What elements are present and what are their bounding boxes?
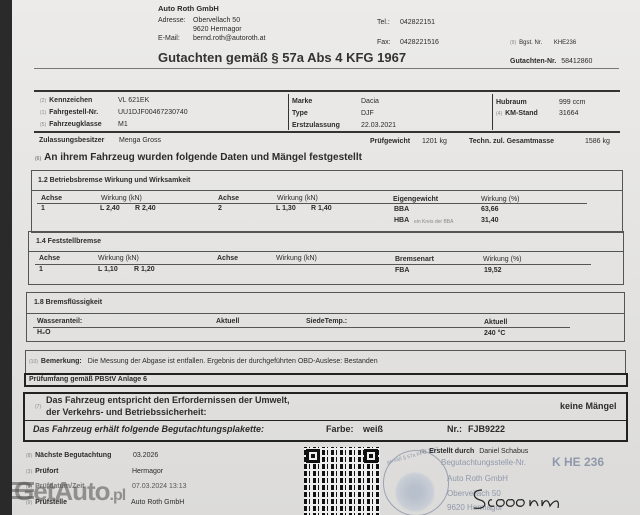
signature <box>468 484 588 514</box>
verdict-line2: der Verkehrs- und Betriebssicherheit: <box>46 407 207 417</box>
pb-header-rule <box>35 264 591 265</box>
place-index: (3) <box>26 469 32 475</box>
class-label: Fahrzeugklasse <box>49 121 102 128</box>
email-label: E-Mail: <box>158 35 180 42</box>
address-line1: Obervellach 50 <box>193 17 240 24</box>
stamp-company: Auto Roth GmbH <box>447 474 508 483</box>
watermark-logo: GetAuto.pl <box>14 476 125 507</box>
vehicle-col-divider-2 <box>492 94 493 130</box>
vin-label: Fahrgestell-Nr. <box>49 109 98 116</box>
sb-axle1: 1 <box>41 205 45 212</box>
page-title: Gutachten gemäß § 57a Abs 4 KFG 1967 <box>158 50 406 65</box>
created-by-value: Daniel Schabus <box>479 448 528 455</box>
sb-header-axle2: Achse <box>218 195 239 202</box>
bf-header-water: Wasseranteil: <box>37 318 82 325</box>
eagle-emblem-icon <box>395 470 435 514</box>
next-index: (8) <box>26 453 32 459</box>
fba-value: 19,52 <box>484 267 502 274</box>
sb-header-percent: Wirkung (%) <box>481 196 520 203</box>
pb-header-type: Bremsenart <box>395 256 434 263</box>
pb-header-effect1: Wirkung (kN) <box>98 255 139 262</box>
hba-note: ein Kreis der BBA <box>414 219 453 225</box>
class-value: M1 <box>118 121 128 128</box>
tel-label: Tel.: <box>377 19 390 26</box>
fba-label: FBA <box>395 267 409 274</box>
sb-axle2: 2 <box>218 205 222 212</box>
stamp-station-code: K HE 236 <box>552 455 604 469</box>
brake-fluid-divider <box>27 313 624 314</box>
company-name: Auto Roth GmbH <box>158 4 219 13</box>
service-brake-divider <box>32 190 622 191</box>
vehicle-top-rule <box>34 90 620 92</box>
pb-axle1: 1 <box>39 266 43 273</box>
test-place-label: Prüfort <box>35 468 58 475</box>
fax-label: Fax: <box>377 39 391 46</box>
address-line2: 9620 Hermagor <box>193 26 242 33</box>
bgst-number: KHE236 <box>554 40 576 46</box>
vehicle-bottom-rule <box>34 131 620 133</box>
verdict-divider <box>25 420 626 421</box>
pb-axle1-right: R 1,20 <box>134 266 155 273</box>
findings-heading: An ihrem Fahrzeug wurden folgende Daten … <box>44 152 362 163</box>
km-index: (4) <box>496 111 502 117</box>
pb-header-axle1: Achse <box>39 255 60 262</box>
make-value: Dacia <box>361 98 379 105</box>
stamp-station-label: Begutachtungsstelle-Nr. <box>441 458 526 467</box>
vehicle-col-divider-1 <box>288 94 289 130</box>
service-brake-title: 1.2 Betriebsbremse Wirkung und Wirksamke… <box>38 177 190 184</box>
sticker-nr: FJB9222 <box>468 424 505 434</box>
sb-header-rule <box>37 203 587 204</box>
bf-header-rule <box>33 327 570 328</box>
next-inspection-value: 03.2026 <box>133 452 158 459</box>
tel: 042822151 <box>400 19 435 26</box>
findings-index: (6) <box>35 156 41 162</box>
qr-finder-tl <box>306 449 320 463</box>
bba-label: BBA <box>394 206 409 213</box>
sb-axle1-right: R 2,40 <box>135 205 156 212</box>
bf-header-actual2: Aktuell <box>484 319 507 326</box>
sticker-nr-label: Nr.: <box>447 424 462 434</box>
bf-header-boiling: SiedeTemp.: <box>306 318 347 325</box>
parking-brake-title: 1.4 Feststellbremse <box>36 238 101 245</box>
parking-brake-divider <box>29 251 623 252</box>
pb-header-effect2: Wirkung (kN) <box>276 255 317 262</box>
sticker-text: Das Fahrzeug erhält folgende Begutachtun… <box>33 424 264 434</box>
address-label: Adresse: <box>158 17 186 24</box>
report-number: 58412860 <box>561 58 592 65</box>
gross-mass-label: Techn. zul. Gesamtmasse <box>469 138 554 145</box>
watermark-brand: GetAuto <box>14 476 110 506</box>
verdict-index: (7) <box>35 404 41 410</box>
qr-code <box>304 447 380 515</box>
test-place-value: Hermagor <box>132 468 163 475</box>
gross-mass-value: 1586 kg <box>585 138 610 145</box>
sb-axle1-left: L 2,40 <box>100 205 120 212</box>
test-weight-label: Prüfgewicht <box>370 138 410 145</box>
registration-label: Erstzulassung <box>292 122 340 129</box>
type-value: DJF <box>361 110 374 117</box>
created-index: (9) <box>420 449 426 455</box>
report-number-label: Gutachten-Nr. <box>510 58 556 65</box>
plate-index: (2) <box>40 98 46 104</box>
sb-header-effect2: Wirkung (kN) <box>277 195 318 202</box>
sb-header-weight: Eigengewicht <box>393 196 438 203</box>
verdict-line1: Das Fahrzeug entspricht den Erforderniss… <box>46 395 290 405</box>
hba-value: 31,40 <box>481 217 499 224</box>
plate-label: Kennzeichen <box>49 97 92 104</box>
pb-axle1-left: L 1,10 <box>98 266 118 273</box>
scope-text: Prüfumfang gemäß PBStV Anlage 6 <box>29 376 147 383</box>
make-label: Marke <box>292 98 312 105</box>
bba-value: 63,66 <box>481 206 499 213</box>
water-label: H₂O <box>37 329 51 336</box>
sb-axle2-right: R 1,40 <box>311 205 332 212</box>
brake-fluid-section <box>26 292 625 342</box>
sticker-color-label: Farbe: <box>326 424 354 434</box>
hba-label: HBA <box>394 217 409 224</box>
header-divider <box>34 68 619 69</box>
bf-header-actual1: Aktuell <box>216 318 239 325</box>
next-inspection-label: Nächste Begutachtung <box>35 452 111 459</box>
bgst-index: (9) <box>510 40 516 46</box>
watermark-tld: .pl <box>110 487 126 504</box>
sb-header-axle1: Achse <box>41 195 62 202</box>
class-index: (5) <box>40 122 46 128</box>
vin-value: UU1DJF00467230740 <box>118 109 188 116</box>
plate-value: VL 621EK <box>118 97 149 104</box>
brake-fluid-title: 1.8 Bremsflüssigkeit <box>34 299 102 306</box>
owner-value: Menga Gross <box>119 137 161 144</box>
verdict-result: keine Mängel <box>560 401 617 411</box>
fax: 0428221516 <box>400 39 439 46</box>
owner-label: Zulassungsbesitzer <box>39 137 104 144</box>
sticker-color: weiß <box>363 424 383 434</box>
test-date-value: 07.03.2024 13:13 <box>132 483 187 490</box>
sb-axle2-left: L 1,30 <box>276 205 296 212</box>
km-value: 31664 <box>559 110 578 117</box>
displacement-value: 999 ccm <box>559 99 585 106</box>
remark-text: Die Messung der Abgase ist entfallen. Er… <box>88 358 378 365</box>
boiling-temp-value: 240 °C <box>484 330 505 337</box>
displacement-label: Hubraum <box>496 99 527 106</box>
remark-index: (10) <box>29 359 38 365</box>
bgst-label: Bgst. Nr. <box>519 40 542 46</box>
pb-header-axle2: Achse <box>217 255 238 262</box>
qr-finder-tr <box>364 449 378 463</box>
test-weight-value: 1201 kg <box>422 138 447 145</box>
created-by-label: Erstellt durch <box>429 448 474 455</box>
remark-label: Bemerkung: <box>41 358 82 365</box>
type-label: Type <box>292 110 308 117</box>
sb-header-effect1: Wirkung (kN) <box>101 195 142 202</box>
email: bernd.roth@autoroth.at <box>193 35 266 42</box>
pb-header-percent: Wirkung (%) <box>483 256 522 263</box>
test-station-value: Auto Roth GmbH <box>131 499 184 506</box>
registration-date: 22.03.2021 <box>361 122 396 129</box>
km-label: KM-Stand <box>505 110 538 117</box>
vin-index: (1) <box>40 110 46 116</box>
